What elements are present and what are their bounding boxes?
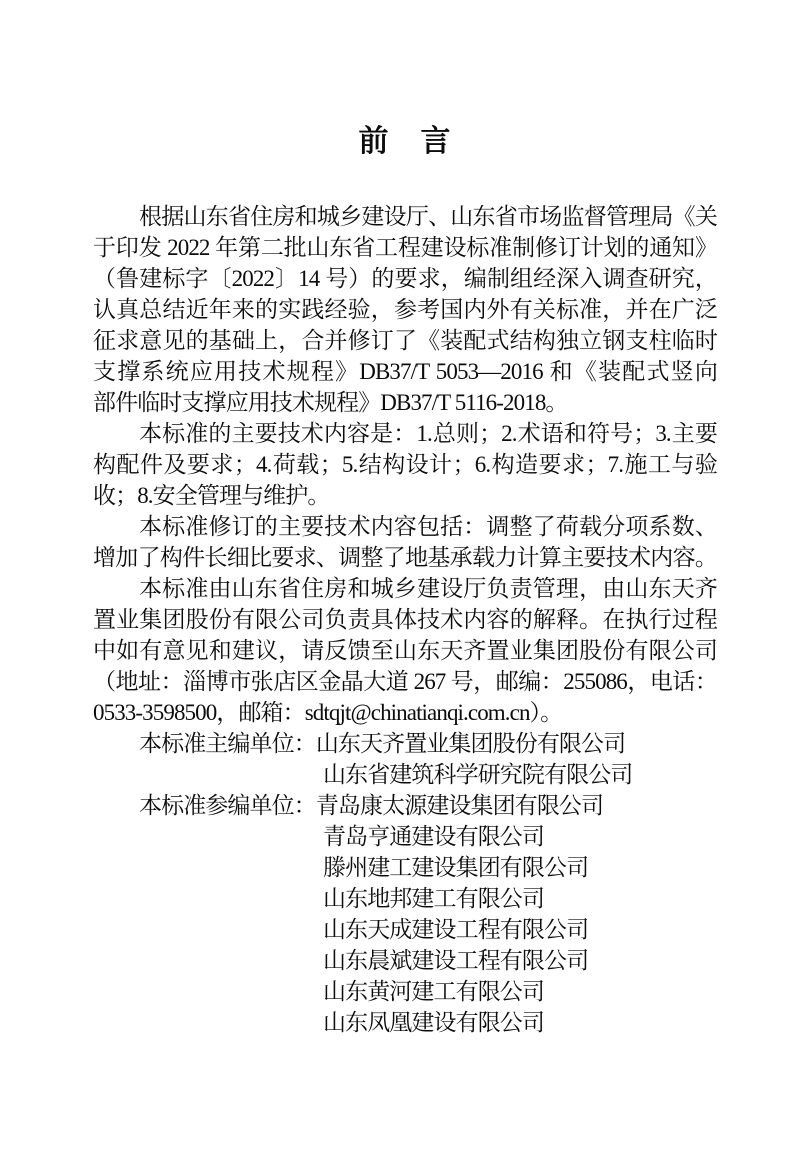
text-line: 收；8.安全管理与维护。: [93, 480, 717, 511]
text-line: 中如有意见和建议，请反馈至山东天齐置业集团股份有限公司: [93, 635, 717, 666]
chief-editor-line: 本标准主编单位：山东天齐置业集团股份有限公司: [93, 728, 717, 759]
unit-name: 山东地邦建工有限公司: [93, 883, 717, 914]
paragraph-revisions: 本标准修订的主要技术内容包括：调整了荷载分项系数、 增加了构件长细比要求、调整了…: [93, 511, 717, 573]
text-line: 部件临时支撑应用技术规程》DB37/T 5116-2018。: [93, 387, 717, 418]
text-line: 增加了构件长细比要求、调整了地基承载力计算主要技术内容。: [93, 542, 717, 573]
unit-name: 山东黄河建工有限公司: [93, 976, 717, 1007]
paragraph-contents: 本标准的主要技术内容是：1.总则；2.术语和符号；3.主要 构配件及要求；4.荷…: [93, 418, 717, 511]
page-title: 前 言: [93, 120, 717, 164]
unit-name: 滕州建工建设集团有限公司: [93, 852, 717, 883]
text-line: 于印发 2022 年第二批山东省工程建设标准制修订计划的通知》: [93, 232, 717, 263]
unit-name: 山东省建筑科学研究院有限公司: [93, 759, 717, 790]
participating-editor-label: 本标准参编单位：: [139, 793, 316, 818]
document-page: 前 言 根据山东省住房和城乡建设厅、山东省市场监督管理局《关 于印发 2022 …: [0, 0, 800, 1161]
text-line: 构配件及要求；4.荷载；5.结构设计；6.构造要求；7.施工与验: [93, 449, 717, 480]
unit-name: 青岛亨通建设有限公司: [93, 821, 717, 852]
paragraph-basis: 根据山东省住房和城乡建设厅、山东省市场监督管理局《关 于印发 2022 年第二批…: [93, 201, 717, 418]
text-line: 支撑系统应用技术规程》DB37/T 5053—2016 和《装配式竖向: [93, 356, 717, 387]
editors-section: 本标准主编单位：山东天齐置业集团股份有限公司 山东省建筑科学研究院有限公司 本标…: [93, 728, 717, 1038]
text-line: （鲁建标字〔2022〕14 号）的要求，编制组经深入调查研究，: [93, 263, 717, 294]
text-line: 置业集团股份有限公司负责具体技术内容的解释。在执行过程: [93, 604, 717, 635]
text-line: 根据山东省住房和城乡建设厅、山东省市场监督管理局《关: [93, 201, 717, 232]
chief-editor-label: 本标准主编单位：: [139, 731, 316, 756]
text-line: 本标准修订的主要技术内容包括：调整了荷载分项系数、: [93, 511, 717, 542]
unit-name: 山东天成建设工程有限公司: [93, 914, 717, 945]
unit-name: 山东晨斌建设工程有限公司: [93, 945, 717, 976]
participating-editor-line: 本标准参编单位：青岛康太源建设集团有限公司: [93, 790, 717, 821]
unit-name: 山东凤凰建设有限公司: [93, 1007, 717, 1038]
text-line: 征求意见的基础上，合并修订了《装配式结构独立钢支柱临时: [93, 325, 717, 356]
text-line: （地址：淄博市张店区金晶大道 267 号，邮编：255086，电话：: [93, 666, 717, 697]
unit-name: 山东天齐置业集团股份有限公司: [316, 731, 625, 756]
unit-name: 青岛康太源建设集团有限公司: [316, 793, 603, 818]
text-line: 0533-3598500，邮箱：sdtqjt@chinatianqi.com.c…: [93, 697, 717, 728]
text-line: 本标准的主要技术内容是：1.总则；2.术语和符号；3.主要: [93, 418, 717, 449]
text-line: 本标准由山东省住房和城乡建设厅负责管理，由山东天齐: [93, 573, 717, 604]
preface-body: 根据山东省住房和城乡建设厅、山东省市场监督管理局《关 于印发 2022 年第二批…: [93, 201, 717, 1038]
text-line: 认真总结近年来的实践经验，参考国内外有关标准，并在广泛: [93, 294, 717, 325]
paragraph-management: 本标准由山东省住房和城乡建设厅负责管理，由山东天齐 置业集团股份有限公司负责具体…: [93, 573, 717, 728]
